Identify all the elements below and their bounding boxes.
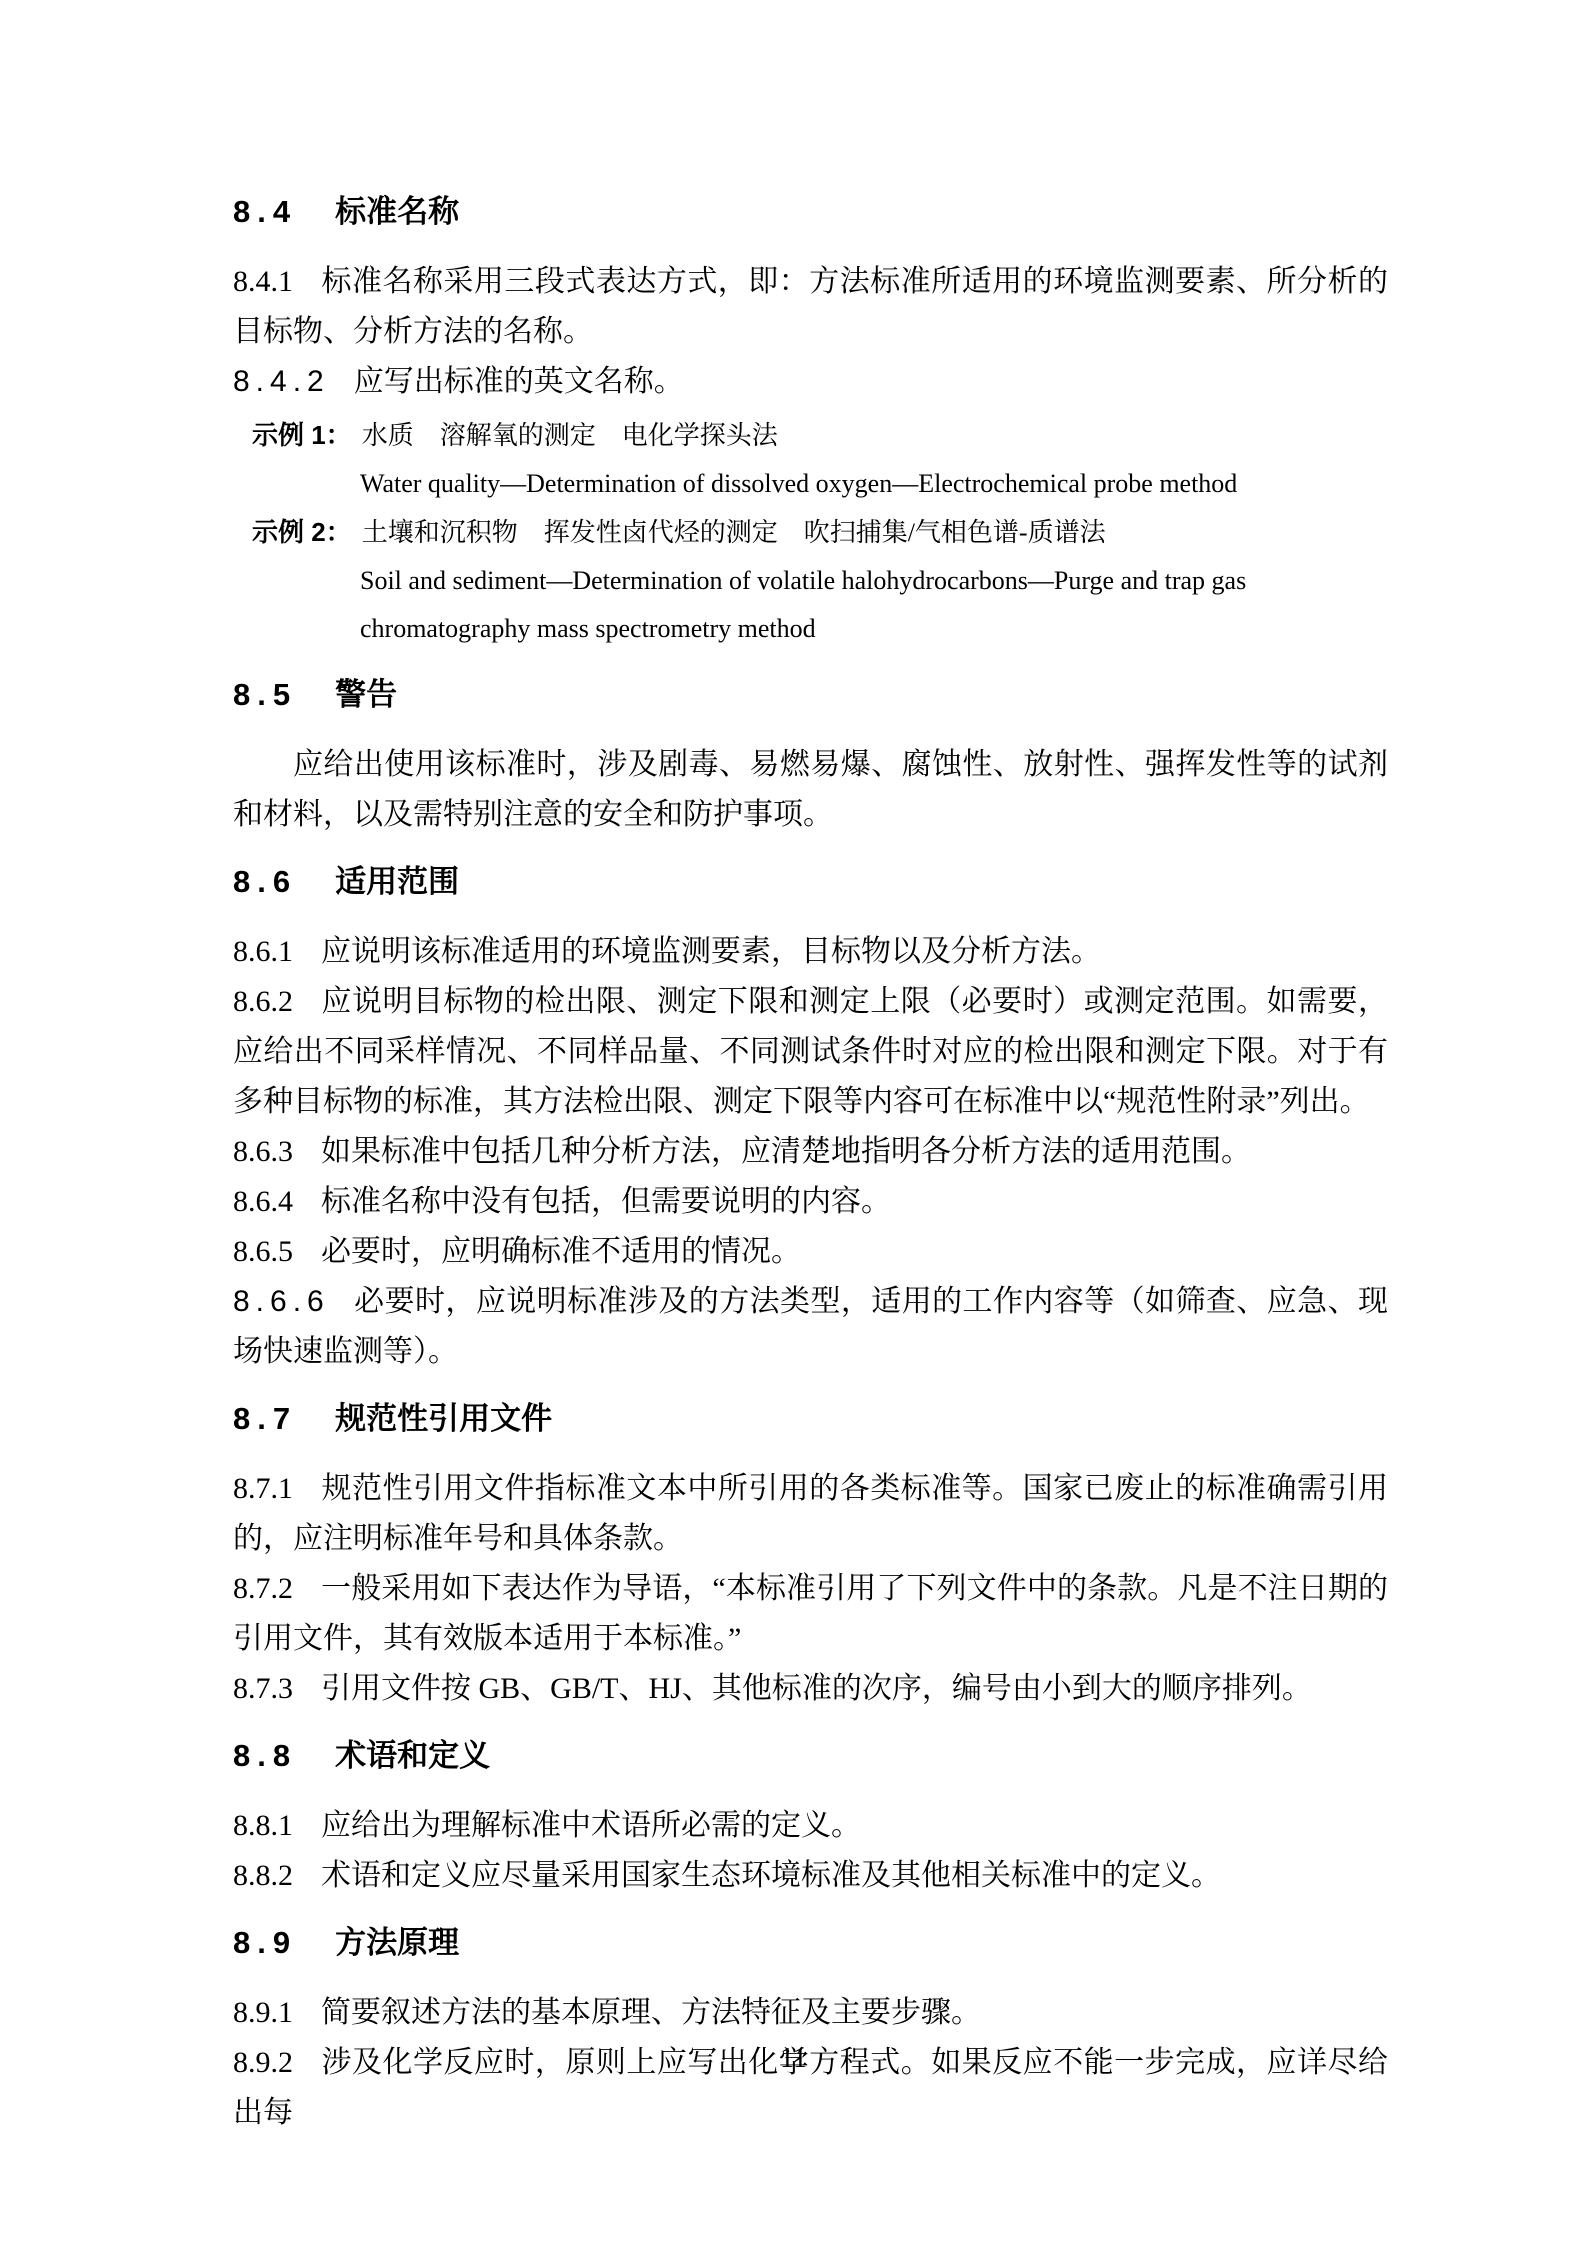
section-title: 术语和定义: [335, 1738, 490, 1773]
clause-paragraph-8-8-1: 8.8.1应给出为理解标准中术语所必需的定义。: [233, 1801, 1388, 1851]
example-2-label: 示例 2：: [252, 517, 352, 547]
clause-number: 8.7.3: [233, 1672, 293, 1705]
section-number: 8.6: [233, 864, 297, 899]
clause-number: 8.6.3: [233, 1135, 293, 1168]
section-heading-8-6: 8.6适用范围: [233, 857, 1388, 907]
document-page: 8.4标准名称 8.4.1标准名称采用三段式表达方式，即：方法标准所适用的环境监…: [0, 0, 1587, 2245]
section-number: 8.7: [233, 1401, 297, 1436]
clause-number: 8.7.2: [233, 1572, 293, 1605]
clause-text: 如果标准中包括几种分析方法，应清楚地指明各分析方法的适用范围。: [321, 1135, 1251, 1168]
clause-paragraph-8-6-5: 8.6.5必要时，应明确标准不适用的情况。: [233, 1227, 1388, 1277]
section-heading-8-5: 8.5警告: [233, 670, 1388, 720]
clause-text: 引用文件按 GB、GB/T、HJ、其他标准的次序，编号由小到大的顺序排列。: [321, 1672, 1312, 1705]
examples-block: 示例 1：水质 溶解氧的测定 电化学探头法 Water quality—Dete…: [233, 411, 1388, 653]
clause-paragraph-8-8-2: 8.8.2术语和定义应尽量采用国家生态环境标准及其他相关标准中的定义。: [233, 1851, 1388, 1901]
example-1-cn: 示例 1：水质 溶解氧的测定 电化学探头法: [252, 411, 1388, 460]
clause-text: 必要时，应说明标准涉及的方法类型，适用的工作内容等（如筛查、应急、现场快速监测等…: [233, 1285, 1388, 1368]
section-number: 8.9: [233, 1925, 297, 1960]
section-number: 8.4: [233, 194, 297, 229]
clause-number: 8.6.5: [233, 1235, 293, 1268]
clause-number: 8.8.1: [233, 1809, 293, 1842]
clause-number: 8.6.1: [233, 935, 293, 968]
clause-text: 简要叙述方法的基本原理、方法特征及主要步骤。: [321, 1996, 981, 2029]
page-number: 11: [0, 2042, 1587, 2076]
section-heading-8-9: 8.9方法原理: [233, 1918, 1388, 1968]
clause-paragraph-8-7-1: 8.7.1规范性引用文件指标准文本中所引用的各类标准等。国家已废止的标准确需引用…: [233, 1464, 1388, 1564]
clause-paragraph-8-4-1: 8.4.1标准名称采用三段式表达方式，即：方法标准所适用的环境监测要素、所分析的…: [233, 257, 1388, 357]
clause-paragraph-8-6-3: 8.6.3如果标准中包括几种分析方法，应清楚地指明各分析方法的适用范围。: [233, 1127, 1388, 1177]
section-title: 规范性引用文件: [335, 1401, 552, 1436]
section-number: 8.5: [233, 677, 297, 712]
section-title: 方法原理: [335, 1925, 459, 1960]
clause-text: 标准名称采用三段式表达方式，即：方法标准所适用的环境监测要素、所分析的目标物、分…: [233, 265, 1388, 348]
section-title: 警告: [335, 677, 397, 712]
page-content: 8.4标准名称 8.4.1标准名称采用三段式表达方式，即：方法标准所适用的环境监…: [233, 170, 1388, 2138]
clause-number: 8.6.6: [233, 1285, 330, 1318]
clause-paragraph-8-7-2: 8.7.2一般采用如下表达作为导语，“本标准引用了下列文件中的条款。凡是不注日期…: [233, 1564, 1388, 1664]
clause-text: 应说明目标物的检出限、测定下限和测定上限（必要时）或测定范围。如需要，应给出不同…: [233, 985, 1388, 1118]
section-heading-8-8: 8.8术语和定义: [233, 1731, 1388, 1781]
clause-paragraph-8-9-1: 8.9.1简要叙述方法的基本原理、方法特征及主要步骤。: [233, 1988, 1388, 2038]
clause-number: 8.4.2: [233, 365, 330, 398]
clause-number: 8.4.1: [233, 265, 293, 298]
section-title: 适用范围: [335, 864, 459, 899]
clause-number: 8.9.1: [233, 1996, 293, 2029]
clause-text: 规范性引用文件指标准文本中所引用的各类标准等。国家已废止的标准确需引用的，应注明…: [233, 1472, 1388, 1555]
example-2-cn-text: 土壤和沉积物 挥发性卤代烃的测定 吹扫捕集/气相色谱-质谱法: [362, 518, 1106, 547]
clause-text: 应给出为理解标准中术语所必需的定义。: [321, 1809, 861, 1842]
clause-paragraph-8-6-1: 8.6.1应说明该标准适用的环境监测要素，目标物以及分析方法。: [233, 927, 1388, 977]
clause-paragraph-8-7-3: 8.7.3引用文件按 GB、GB/T、HJ、其他标准的次序，编号由小到大的顺序排…: [233, 1664, 1388, 1714]
clause-paragraph-8-6-4: 8.6.4标准名称中没有包括，但需要说明的内容。: [233, 1177, 1388, 1227]
clause-text: 应写出标准的英文名称。: [354, 365, 684, 398]
example-1-cn-text: 水质 溶解氧的测定 电化学探头法: [362, 421, 778, 450]
clause-paragraph-8-6-6: 8.6.6必要时，应说明标准涉及的方法类型，适用的工作内容等（如筛查、应急、现场…: [233, 1277, 1388, 1377]
example-2-en-line-1: Soil and sediment—Determination of volat…: [360, 557, 1388, 605]
section-8-5-paragraph: 应给出使用该标准时，涉及剧毒、易燃易爆、腐蚀性、放射性、强挥发性等的试剂和材料，…: [233, 740, 1388, 840]
clause-paragraph-8-6-2: 8.6.2应说明目标物的检出限、测定下限和测定上限（必要时）或测定范围。如需要，…: [233, 977, 1388, 1127]
example-2-en-line-2: chromatography mass spectrometry method: [360, 605, 1388, 653]
section-heading-8-7: 8.7规范性引用文件: [233, 1394, 1388, 1444]
clause-number: 8.7.1: [233, 1472, 293, 1505]
clause-text: 应说明该标准适用的环境监测要素，目标物以及分析方法。: [321, 935, 1101, 968]
section-number: 8.8: [233, 1738, 297, 1773]
example-1-label: 示例 1：: [252, 420, 352, 450]
clause-text: 一般采用如下表达作为导语，“本标准引用了下列文件中的条款。凡是不注日期的引用文件…: [233, 1572, 1388, 1655]
clause-text: 术语和定义应尽量采用国家生态环境标准及其他相关标准中的定义。: [321, 1859, 1221, 1892]
section-heading-8-4: 8.4标准名称: [233, 187, 1388, 237]
clause-number: 8.6.4: [233, 1185, 293, 1218]
clause-text: 标准名称中没有包括，但需要说明的内容。: [321, 1185, 891, 1218]
example-1-en: Water quality—Determination of dissolved…: [360, 460, 1388, 508]
clause-text: 必要时，应明确标准不适用的情况。: [321, 1235, 801, 1268]
clause-number: 8.6.2: [233, 985, 293, 1018]
clause-paragraph-8-4-2: 8.4.2应写出标准的英文名称。: [233, 357, 1388, 407]
example-2-cn: 示例 2：土壤和沉积物 挥发性卤代烃的测定 吹扫捕集/气相色谱-质谱法: [252, 508, 1388, 557]
clause-number: 8.8.2: [233, 1859, 293, 1892]
section-title: 标准名称: [335, 194, 459, 229]
